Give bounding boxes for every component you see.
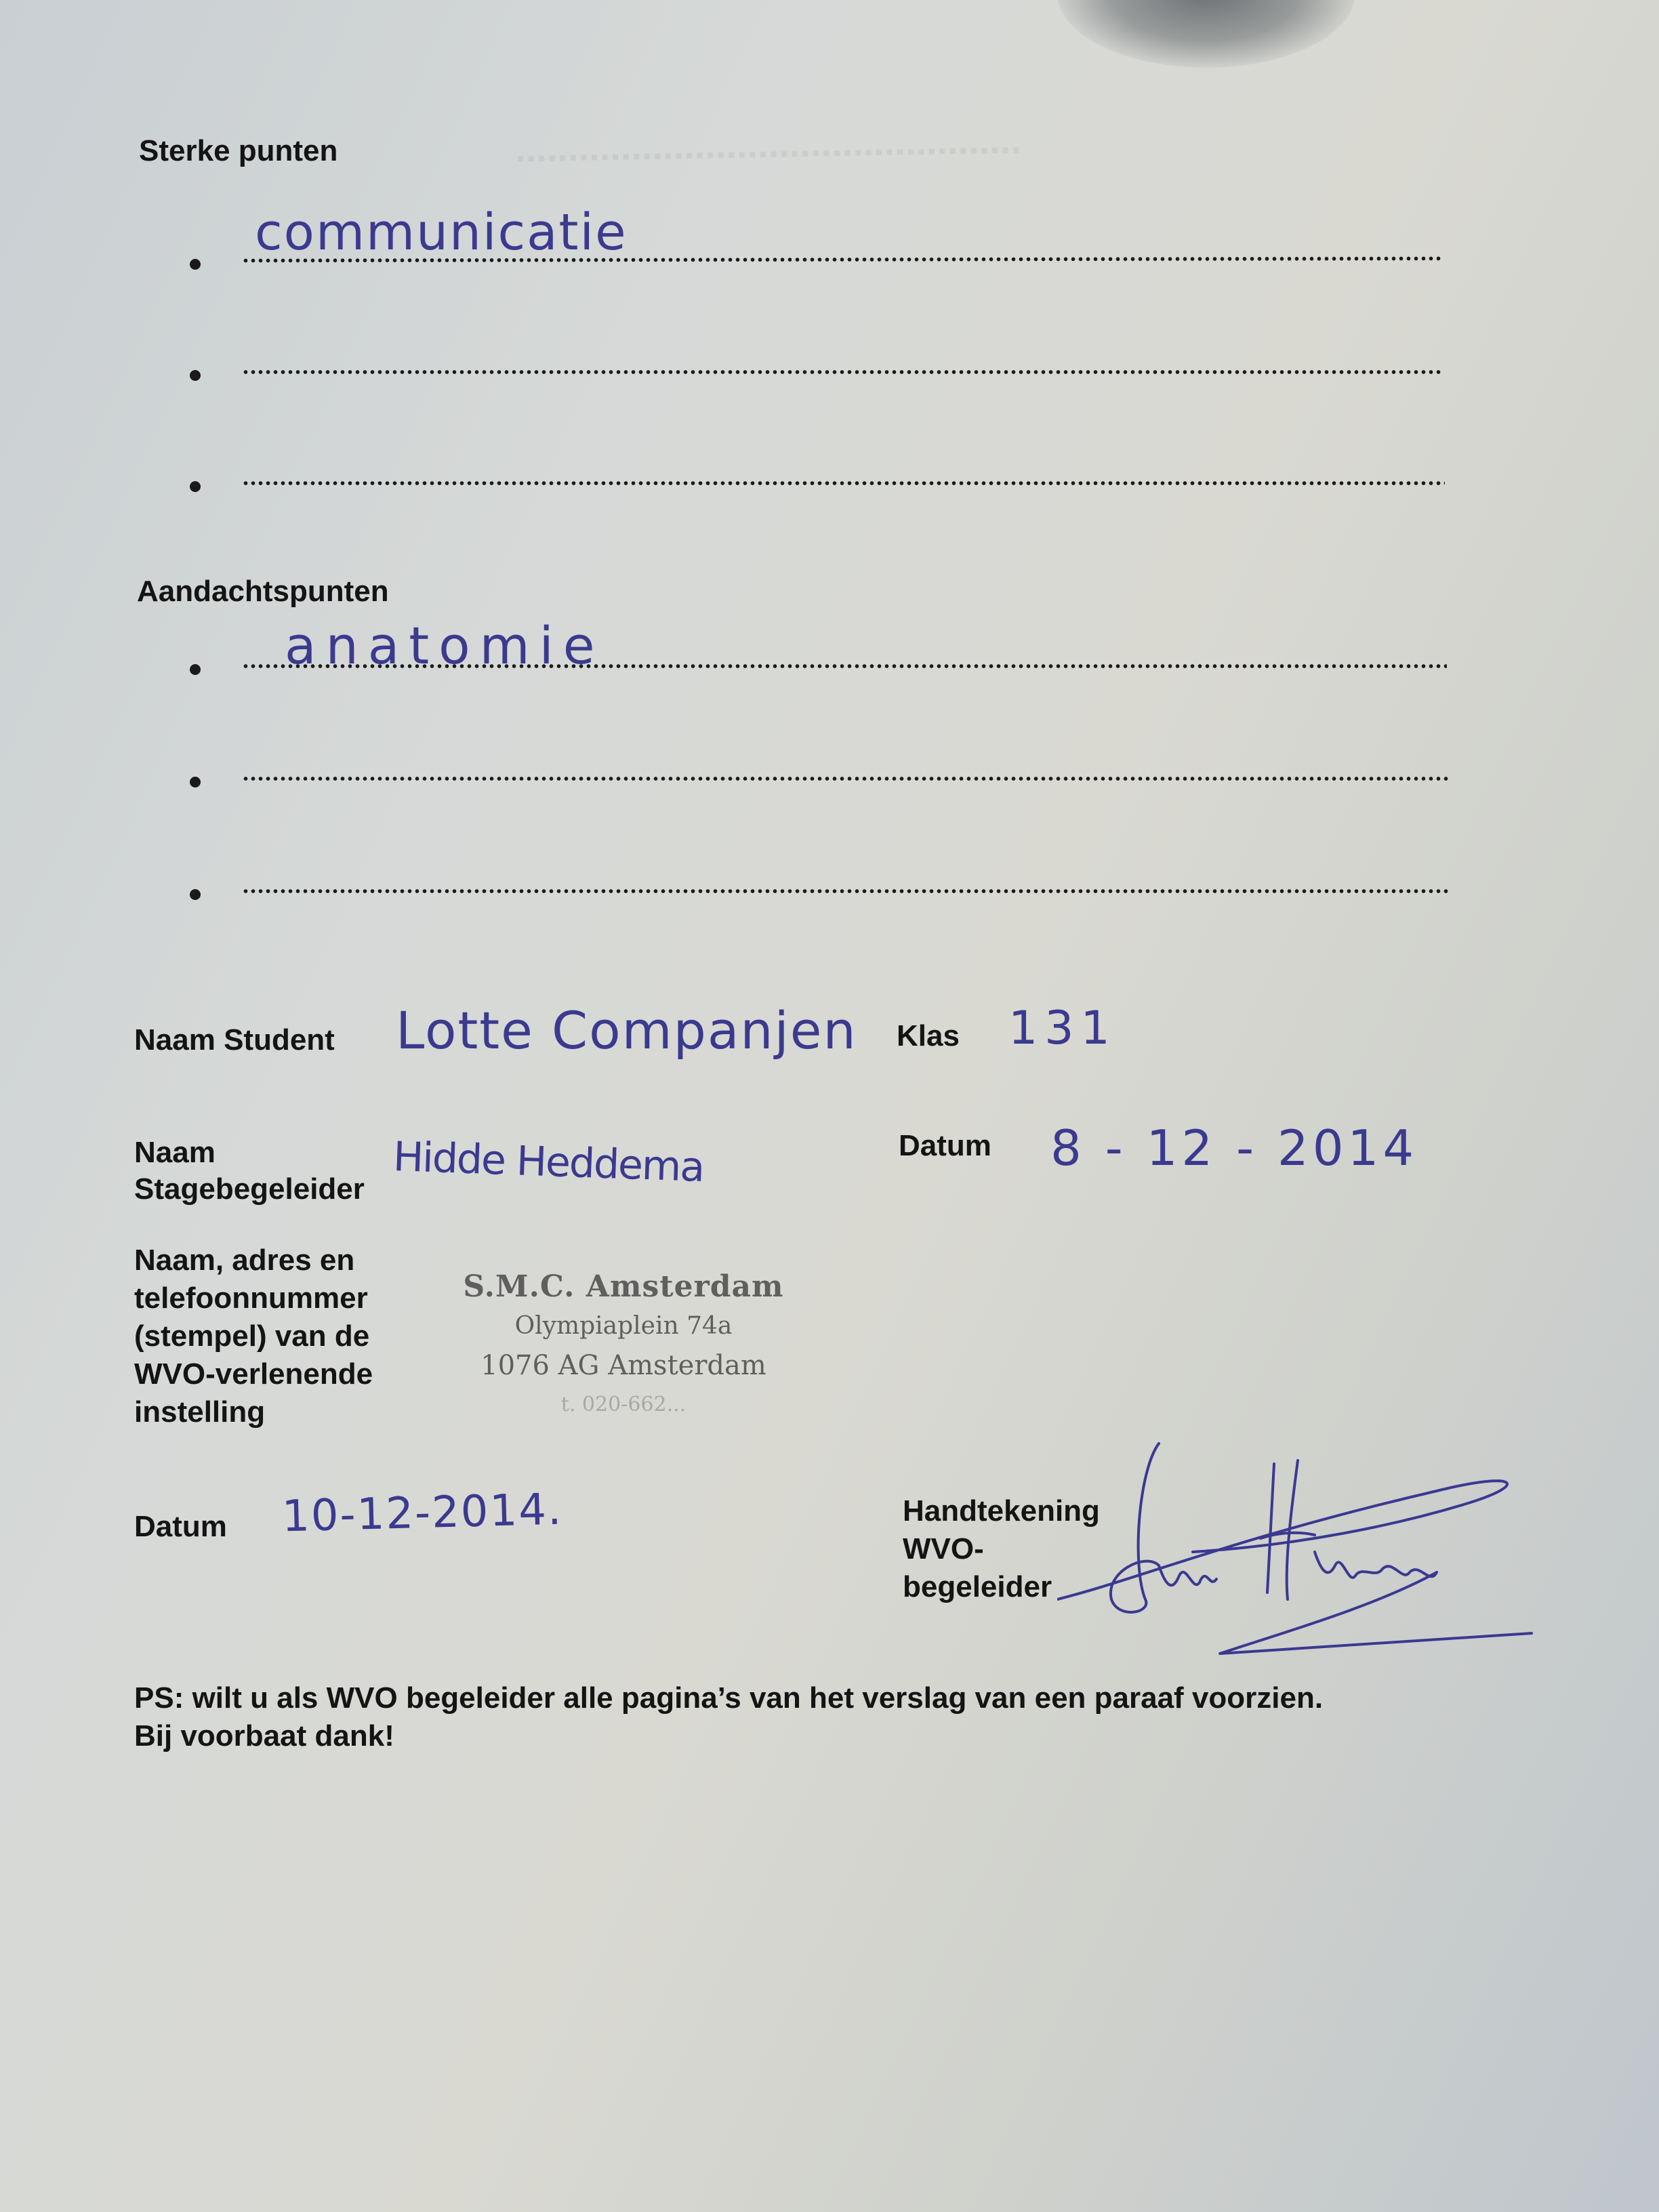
- stamp-city: 1076 AG Amsterdam: [434, 1346, 813, 1385]
- date1-label: Datum: [899, 1128, 991, 1164]
- class-label: Klas: [897, 1018, 960, 1054]
- institution-label-line: (stempel) van de: [134, 1317, 373, 1355]
- camera-shadow: [1057, 0, 1355, 68]
- bullet-icon: [190, 259, 201, 270]
- bullet-icon: [190, 370, 201, 381]
- institution-stamp: S.M.C. Amsterdam Olympiaplein 74a 1076 A…: [434, 1267, 813, 1425]
- bullet-icon: [190, 777, 201, 787]
- footer-line1: PS: wilt u als WVO begeleider alle pagin…: [134, 1679, 1323, 1717]
- attention-line-2[interactable]: [242, 777, 1448, 781]
- strength-line-2[interactable]: [242, 370, 1443, 374]
- strengths-heading: Sterke punten: [139, 133, 337, 169]
- institution-label-line: WVO-verlenende: [134, 1355, 373, 1393]
- stamp-street: Olympiaplein 74a: [434, 1307, 813, 1346]
- attention-line-3[interactable]: [242, 889, 1450, 893]
- date2-label: Datum: [134, 1509, 227, 1545]
- student-name-value[interactable]: Lotte Companjen: [396, 1000, 857, 1061]
- supervisor-value[interactable]: Hidde Heddema: [392, 1133, 704, 1191]
- date1-value[interactable]: 8 - 12 - 2014: [1050, 1120, 1418, 1176]
- institution-label-line: Naam, adres en: [134, 1242, 373, 1279]
- footer-line2: Bij voorbaat dank!: [134, 1717, 1323, 1755]
- bullet-icon: [190, 664, 201, 675]
- bleed-through-text: ........................................…: [514, 117, 1021, 170]
- attention-heading: Aandachtspunten: [137, 573, 389, 610]
- stamp-name: S.M.C. Amsterdam: [434, 1267, 813, 1307]
- bullet-icon: [190, 481, 201, 492]
- strength-value-1: communicatie: [255, 203, 628, 262]
- institution-label-line: telefoonnummer: [134, 1279, 373, 1317]
- institution-label: Naam, adres en telefoonnummer (stempel) …: [134, 1242, 373, 1431]
- strength-line-3[interactable]: [242, 481, 1445, 485]
- supervisor-label: Naam Stagebegeleider: [134, 1134, 365, 1208]
- institution-label-line: instelling: [134, 1393, 373, 1431]
- supervisor-label-line1: Naam: [134, 1134, 365, 1171]
- signature-drawing[interactable]: [1057, 1430, 1586, 1660]
- stamp-phone: t. 020-662...: [434, 1385, 813, 1425]
- date2-value[interactable]: 10-12-2014.: [281, 1485, 563, 1542]
- attention-value-1: anatomie: [285, 615, 605, 676]
- student-name-label: Naam Student: [134, 1022, 335, 1059]
- footer-note: PS: wilt u als WVO begeleider alle pagin…: [134, 1679, 1323, 1755]
- class-value[interactable]: 131: [1008, 1002, 1117, 1055]
- bullet-icon: [190, 889, 201, 900]
- supervisor-label-line2: Stagebegeleider: [134, 1171, 365, 1208]
